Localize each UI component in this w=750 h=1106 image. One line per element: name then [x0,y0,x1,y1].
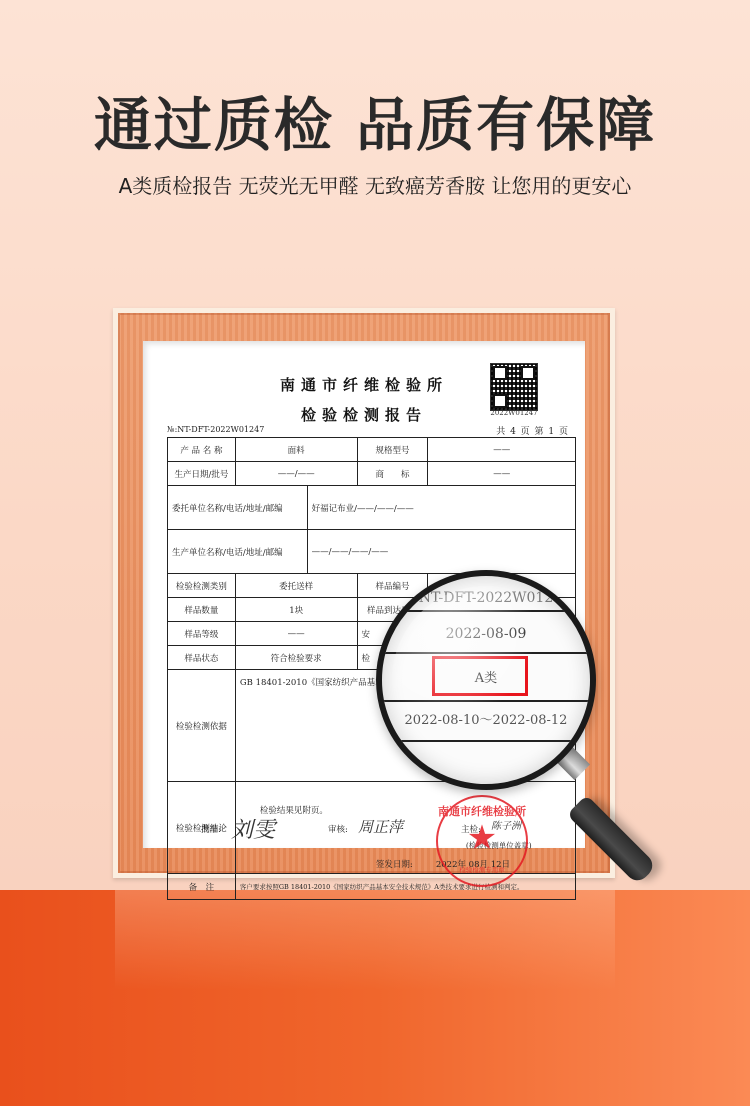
qr-code-icon [490,363,538,411]
value-spec: —— [428,438,576,462]
seal-subtext: 检验检测专用章 [438,865,526,874]
page-count: 共 4 页 第 1 页 [496,424,569,437]
review-signature: 周正萍 [358,816,403,837]
value-test-type: 委托送样 [235,574,357,598]
background-bottom [0,890,750,1106]
label-production-date: 生产日期/批号 [168,462,236,486]
value-sample-status: 符合检验要求 [235,646,357,670]
frame-reflection [115,890,615,990]
report-number: №:NT-DFT-2022W01247 [167,425,264,434]
lens-glare [392,586,580,774]
approve-label: 批准: [201,823,221,835]
label-manufacturer: 生产单位名称/电话/地址/邮编 [168,530,308,574]
value-sample-qty: 1块 [235,598,357,622]
approve-signature: 刘雯 [231,813,275,844]
value-manufacturer: ——/——/——/—— [307,530,575,574]
label-brand: 商 标 [357,462,428,486]
value-brand: —— [428,462,576,486]
label-sample-qty: 样品数量 [168,598,236,622]
qr-code-label: 2022W01247 [485,409,543,417]
label-basis: 检验检测依据 [168,670,236,782]
value-remarks: 客户要求按照GB 18401-2010《国家纺织产品基本安全技术规范》A类技术要… [235,874,575,900]
label-sample-grade: 样品等级 [168,622,236,646]
main-inspector-label: 主检: [461,823,481,835]
review-label: 审核: [328,823,348,835]
value-sample-grade: —— [235,622,357,646]
label-sample-status: 样品状态 [168,646,236,670]
label-product-name: 产 品 名 称 [168,438,236,462]
subheadline: A类质检报告 无荧光无甲醛 无致癌芳香胺 让您用的更安心 [0,170,750,199]
value-product-name: 面料 [235,438,357,462]
label-remarks: 备 注 [168,874,236,900]
main-inspector-signature: 陈子洲 [491,817,521,832]
value-client: 好福记布业/——/——/—— [307,486,575,530]
headline: 通过质检 品质有保障 [0,78,750,162]
magnifier-lens: NT-DFT-2022W012 2022-08-09 A类 2022-08-10… [376,570,596,790]
label-spec: 规格型号 [357,438,428,462]
official-seal: 南通市纤维检验所 ★ 检验检测专用章 [436,795,528,887]
value-production-date: ——/—— [235,462,357,486]
label-client: 委托单位名称/电话/地址/邮编 [168,486,308,530]
issue-date-label: 签发日期: [376,858,413,870]
signature-row: 批准: 刘雯 审核: 周正萍 主检: 陈子洲 [143,811,585,841]
label-test-type: 检验检测类别 [168,574,236,598]
